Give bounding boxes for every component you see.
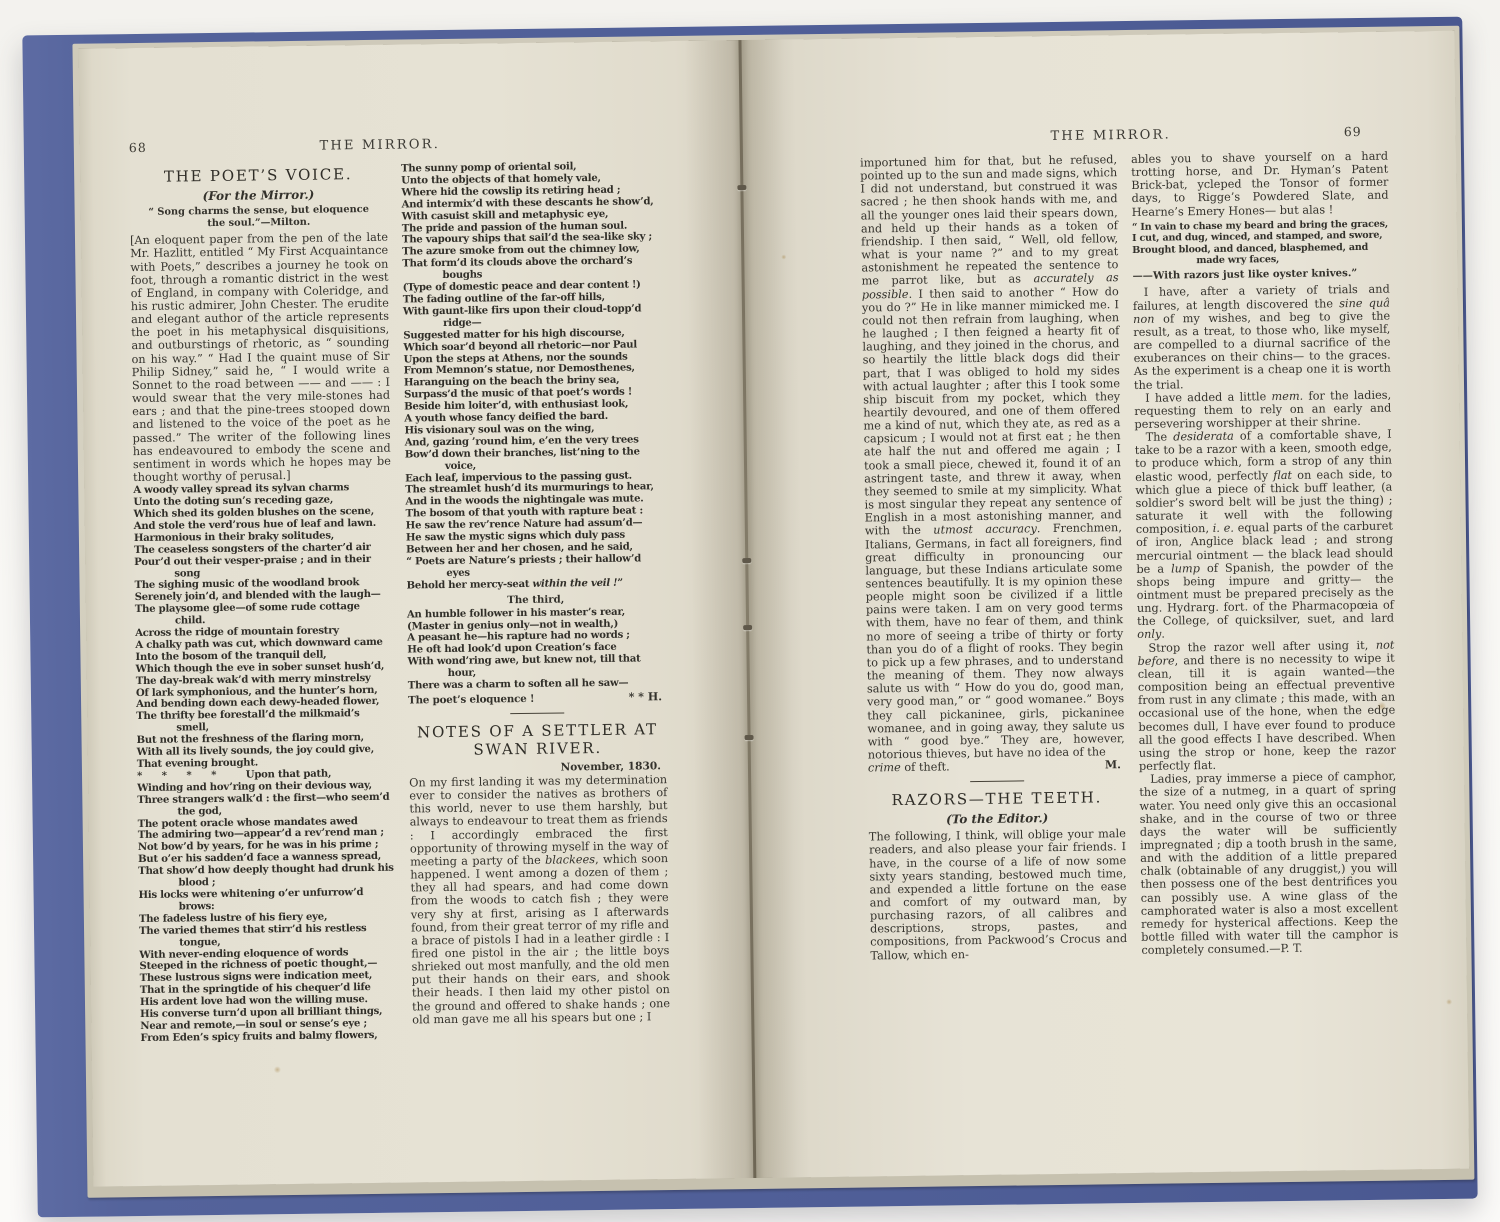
poem-part-3: An humble follower in his master’s rear,… bbox=[407, 606, 666, 693]
poem-closing-line: The poet’s eloquence ! bbox=[408, 693, 534, 707]
verse-line: Three strangers walk’d : the first—who s… bbox=[137, 791, 395, 818]
book-pages: 68 THE MIRROR. THE POET’S VOICE. (For th… bbox=[79, 31, 1470, 1187]
foxing-spot bbox=[1446, 999, 1452, 1005]
header-spacer bbox=[860, 142, 912, 143]
right-page-column-2: ables you to shave yourself on a hard tr… bbox=[1131, 150, 1399, 959]
paragraph: The desiderata of a comfortable shave, I… bbox=[1135, 428, 1395, 642]
verse-line: Behold her mercy-seat within the veil !” bbox=[406, 577, 664, 592]
page-right: THE MIRROR. 69 importuned him for that, … bbox=[740, 31, 1469, 1178]
right-page-column-1: importuned him for that, but he refused,… bbox=[860, 153, 1128, 962]
settler-closing-line: crime of theft. bbox=[868, 761, 950, 775]
article-title-settler: NOTES OF A SETTLER AT SWAN RIVER. bbox=[408, 720, 666, 759]
razor-rhyme: “ In vain to chase my beard and bring th… bbox=[1132, 218, 1390, 267]
razors-paragraphs: I have, after a variety of trials and fa… bbox=[1133, 283, 1399, 957]
razor-rhyme-close: ——With razors just like oyster knives.” bbox=[1132, 267, 1389, 282]
verse-line: That form’d its clouds above the orchard… bbox=[402, 255, 660, 282]
left-page-column-1: THE POET’S VOICE. (For the Mirror.) “ So… bbox=[129, 163, 398, 1046]
page-header-left: 68 THE MIRROR. bbox=[129, 133, 659, 156]
article-subtitle-poets-voice: (For the Mirror.) bbox=[129, 187, 387, 204]
header-spacer bbox=[579, 145, 659, 146]
razors-intro: The following, I think, will oblige your… bbox=[869, 827, 1128, 962]
verse-line: “ Poets are Nature’s priests ; their hal… bbox=[406, 553, 664, 580]
left-page-column-2: The sunny pomp of oriental soil,Unto the… bbox=[401, 159, 670, 1042]
article-title-poets-voice: THE POET’S VOICE. bbox=[129, 165, 387, 186]
binding-stitch bbox=[737, 185, 746, 190]
verse-line: With wond’ring awe, but knew not, till t… bbox=[407, 653, 665, 680]
verse-line: The playsome glee—of some rude cottage c… bbox=[135, 601, 393, 628]
foxing-spot bbox=[1377, 702, 1386, 711]
settler-body-continued: importuned him for that, but he refused,… bbox=[860, 153, 1125, 761]
verse-line: With gaunt-like firs upon their cloud-to… bbox=[403, 303, 661, 330]
running-head-left: THE MIRROR. bbox=[181, 135, 579, 155]
article-title-razors: RAZORS—THE TEETH. bbox=[868, 788, 1125, 809]
running-head-right: THE MIRROR. bbox=[912, 126, 1310, 146]
verse-line: That show’d how deeply thought had drunk… bbox=[138, 863, 396, 890]
poem-closing-row: The poet’s eloquence ! * * H. bbox=[408, 690, 666, 706]
paragraph: Strop the razor well after using it, not… bbox=[1137, 638, 1396, 773]
epigraph-milton: “ Song charms the sense, but eloquence t… bbox=[130, 204, 388, 231]
page-number-left: 68 bbox=[129, 139, 181, 155]
stanza-heading: The third, bbox=[407, 592, 665, 607]
page-left: 68 THE MIRROR. THE POET’S VOICE. (For th… bbox=[79, 40, 756, 1187]
foxing-spot bbox=[781, 254, 786, 259]
article-subtitle-razors: (To the Editor.) bbox=[869, 810, 1126, 827]
page-number-right: 69 bbox=[1310, 124, 1390, 140]
verse-line: Bow’d down their branches, list’ning to … bbox=[405, 446, 663, 473]
poem-part-2: The sunny pomp of oriental soil,Unto the… bbox=[401, 160, 665, 592]
foxing-spot bbox=[274, 1066, 281, 1073]
poem-part-1: A woody valley spread its sylvan charmsU… bbox=[133, 482, 398, 1045]
verse-line: The varied themes that stirr’d his restl… bbox=[139, 922, 397, 949]
settler-signature: M. bbox=[1105, 758, 1125, 771]
settler-body: On my first landing it was my determinat… bbox=[409, 773, 670, 1026]
book-cover: 68 THE MIRROR. THE POET’S VOICE. (For th… bbox=[22, 17, 1477, 1218]
settler-closing-row: crime of theft. M. bbox=[868, 758, 1125, 774]
binding-stitch bbox=[745, 735, 754, 740]
page-header-right: THE MIRROR. 69 bbox=[860, 124, 1390, 147]
verse-line: Brought blood, and danced, blasphemed, a… bbox=[1132, 241, 1389, 267]
razors-continued-opening: ables you to shave yourself on a hard tr… bbox=[1131, 150, 1389, 219]
paragraph: I have added a little mem. for the ladie… bbox=[1134, 388, 1391, 431]
paragraph: Ladies, pray immerse a piece of camphor,… bbox=[1139, 770, 1398, 958]
verse-line: From Eden’s spicy fruits and balmy flowe… bbox=[140, 1029, 398, 1044]
binding-stitch bbox=[743, 625, 752, 630]
verse-line: The thrifty bee forestall’d the milkmaid… bbox=[136, 708, 394, 735]
editorial-intro: [An eloquent paper from the pen of the l… bbox=[130, 231, 391, 484]
poem-signature: * * H. bbox=[629, 690, 667, 703]
binding-stitch bbox=[742, 558, 751, 563]
article-divider bbox=[970, 781, 1024, 783]
paragraph: I have, after a variety of trials and fa… bbox=[1133, 283, 1391, 392]
verse-line: His locks were whitening o’er unfurrow’d… bbox=[139, 887, 397, 914]
article-divider bbox=[510, 712, 564, 714]
scan-background: 68 THE MIRROR. THE POET’S VOICE. (For th… bbox=[0, 0, 1500, 1222]
